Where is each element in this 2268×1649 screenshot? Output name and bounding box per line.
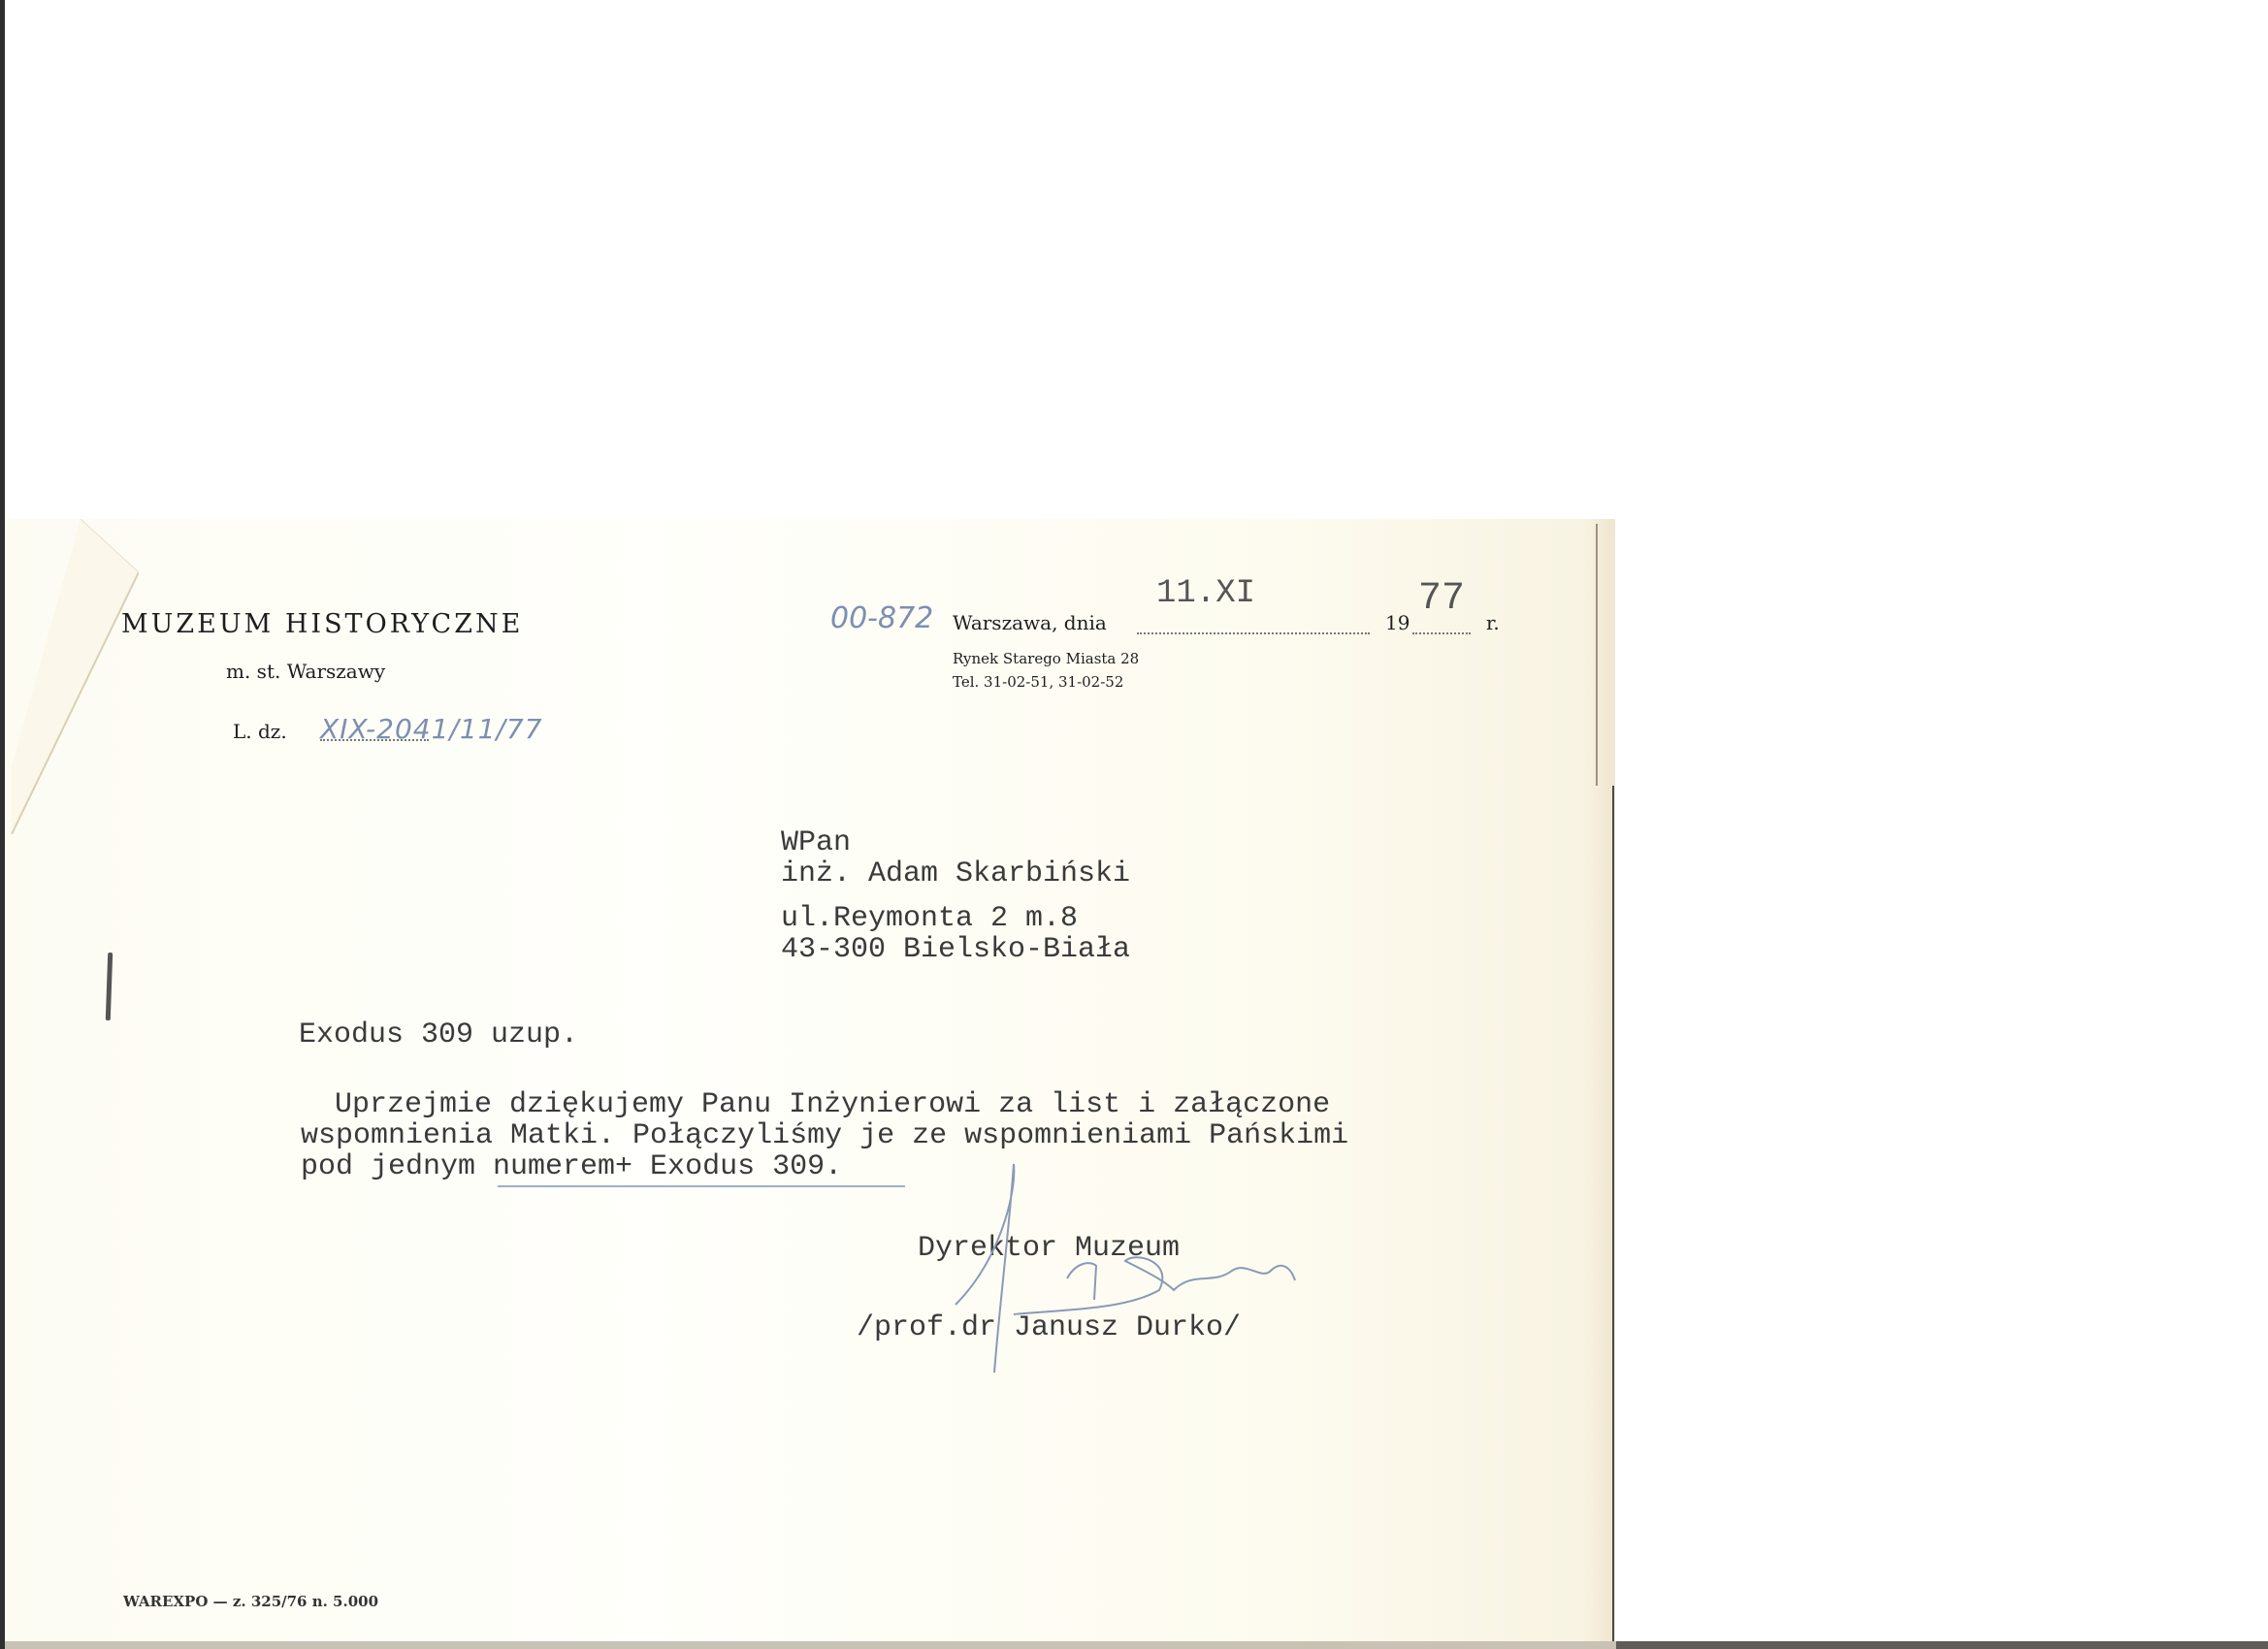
- handwritten-signature: [0, 0, 2268, 1649]
- print-info: WAREXPO — z. 325/76 n. 5.000: [123, 1593, 378, 1610]
